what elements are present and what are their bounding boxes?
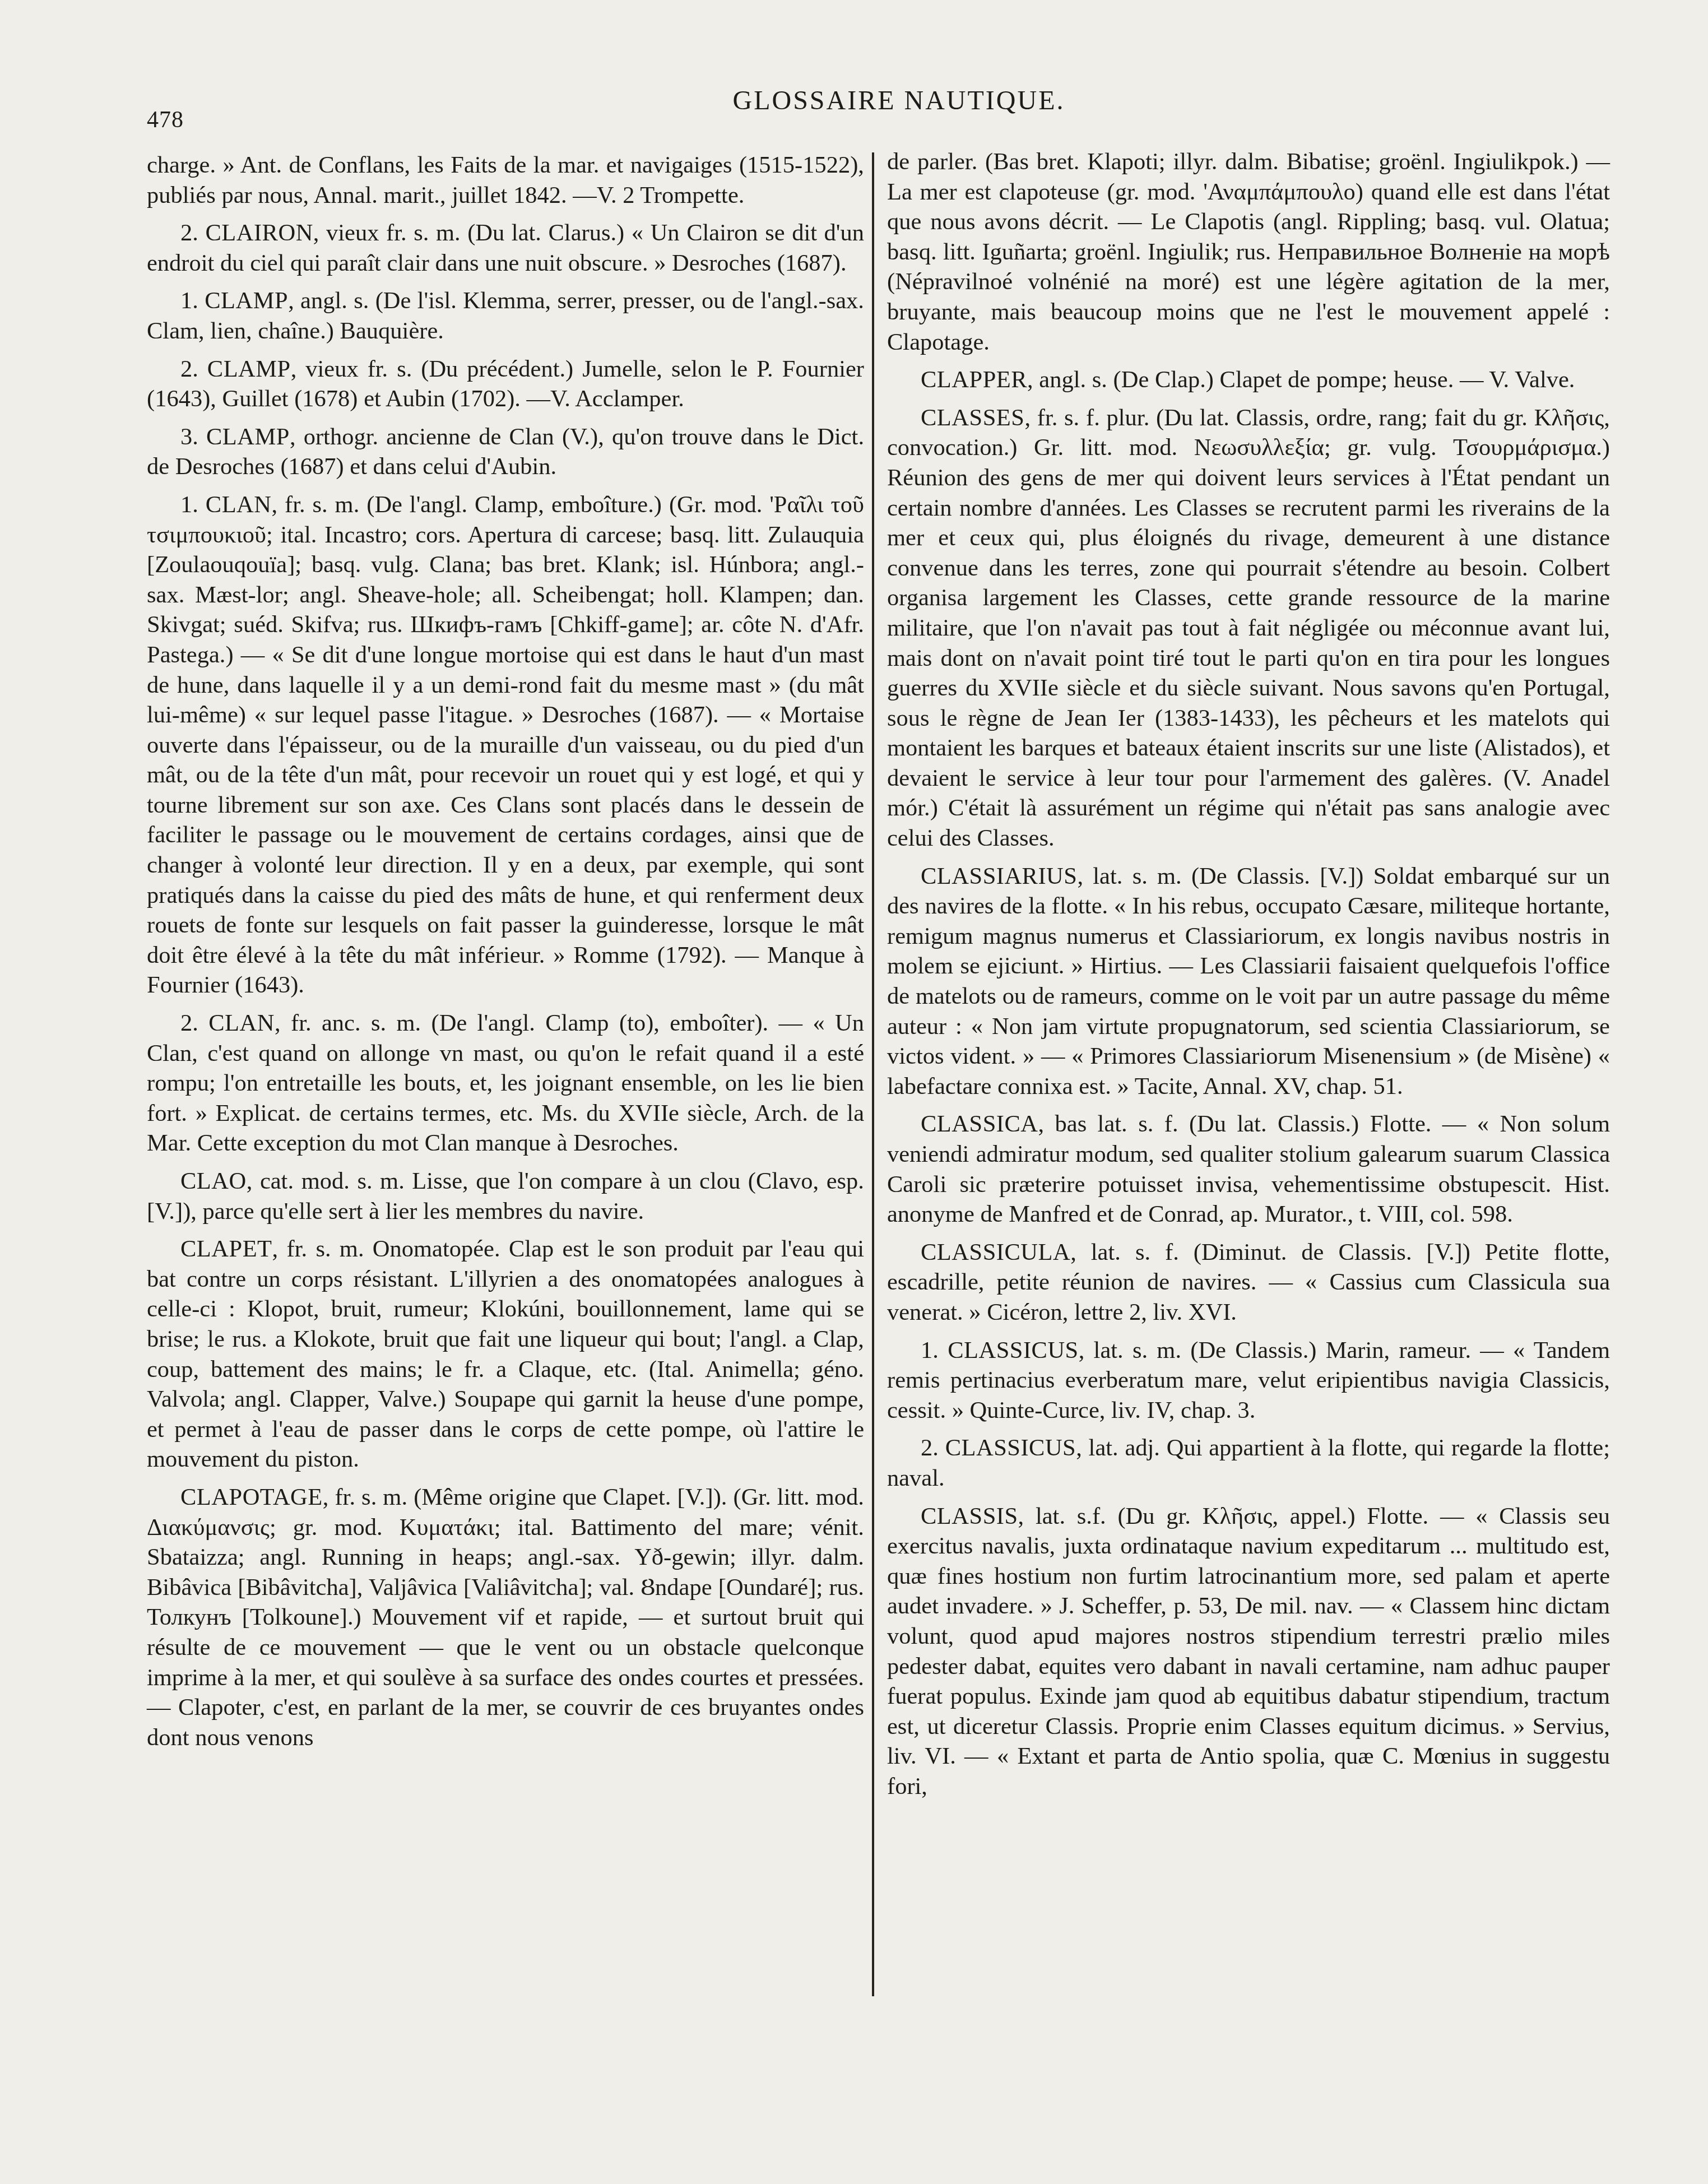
- entry-headword: CLASSICUS: [948, 1337, 1079, 1364]
- entry-headword: CLASSES: [921, 405, 1024, 431]
- entry-clamp-1: 1. CLAMP, angl. s. (De l'isl. Klemma, se…: [147, 286, 864, 346]
- entry-headword: CLAN: [206, 491, 272, 518]
- entry-headword: CLASSIARIUS: [921, 863, 1077, 889]
- running-head: GLOSSAIRE NAUTIQUE.: [0, 85, 1708, 116]
- entry-clao: CLAO, cat. mod. s. m. Lisse, que l'on co…: [147, 1166, 864, 1226]
- entry-clairon-2: 2. CLAIRON, vieux fr. s. m. (Du lat. Cla…: [147, 218, 864, 278]
- left-column: charge. » Ant. de Conflans, les Faits de…: [147, 150, 864, 1760]
- entry-classes: CLASSES, fr. s. f. plur. (Du lat. Classi…: [887, 403, 1610, 854]
- entry-classis: CLASSIS, lat. s.f. (Du gr. Κλῆσις, appel…: [887, 1501, 1610, 1802]
- entry-text: , cat. mod. s. m. Lisse, que l'on compar…: [147, 1168, 864, 1225]
- entry-text: , angl. s. (De Clap.) Clapet de pompe; h…: [1027, 367, 1575, 393]
- entry-text: , fr. s. m. Onomatopée. Clap est le son …: [147, 1236, 864, 1472]
- entry-text: , lat. s.f. (Du gr. Κλῆσις, appel.) Flot…: [887, 1503, 1610, 1800]
- entry-headword: CLASSICUS: [945, 1435, 1076, 1461]
- entry-number: 3.: [180, 424, 198, 450]
- entry-classica: CLASSICA, bas lat. s. f. (Du lat. Classi…: [887, 1109, 1610, 1229]
- entry-text: , lat. s. m. (De Classis. [V.]) Soldat e…: [887, 863, 1610, 1100]
- column-divider-rule: [872, 152, 874, 1996]
- entry-headword: CLASSICA: [921, 1111, 1038, 1137]
- entry-number: 1.: [180, 491, 198, 518]
- entry-headword: CLAPOTAGE: [180, 1484, 323, 1510]
- entry-number: 2.: [180, 356, 198, 382]
- entry-classicus-2: 2. CLASSICUS, lat. adj. Qui appartient à…: [887, 1433, 1610, 1493]
- entry-headword: CLASSICULA: [921, 1239, 1070, 1265]
- entry-number: 2.: [921, 1435, 939, 1461]
- entry-clamp-2: 2. CLAMP, vieux fr. s. (Du précédent.) J…: [147, 354, 864, 414]
- entry-text: de parler. (Bas bret. Klapoti; illyr. da…: [887, 149, 1610, 355]
- entry-text: , fr. s. m. (Même origine que Clapet. [V…: [147, 1484, 864, 1751]
- entry-classiarius: CLASSIARIUS, lat. s. m. (De Classis. [V.…: [887, 861, 1610, 1102]
- entry-clamp-3: 3. CLAMP, orthogr. ancienne de Clan (V.)…: [147, 422, 864, 482]
- entry-classicus-1: 1. CLASSICUS, lat. s. m. (De Classis.) M…: [887, 1336, 1610, 1426]
- entry-number: 1.: [180, 288, 198, 314]
- entry-headword: CLAIRON: [205, 220, 313, 246]
- entry-headword: CLAO: [180, 1168, 247, 1194]
- entry-headword: CLAPET: [180, 1236, 272, 1262]
- right-column: de parler. (Bas bret. Klapoti; illyr. da…: [887, 147, 1610, 1809]
- entry-clapet: CLAPET, fr. s. m. Onomatopée. Clap est l…: [147, 1234, 864, 1474]
- entry-classicula: CLASSICULA, lat. s. f. (Diminut. de Clas…: [887, 1237, 1610, 1328]
- entry-text: charge. » Ant. de Conflans, les Faits de…: [147, 152, 864, 208]
- entry-clapper: CLAPPER, angl. s. (De Clap.) Clapet de p…: [887, 365, 1610, 395]
- entry-headword: CLAN: [208, 1010, 275, 1036]
- entry-clan-2: 2. CLAN, fr. anc. s. m. (De l'angl. Clam…: [147, 1008, 864, 1158]
- entry-number: 1.: [921, 1337, 939, 1364]
- entry-text: , fr. s. f. plur. (Du lat. Classis, ordr…: [887, 405, 1610, 851]
- entry-clapotage: CLAPOTAGE, fr. s. m. (Même origine que C…: [147, 1482, 864, 1752]
- entry-headword: CLAMP: [207, 356, 291, 382]
- entry-headword: CLAMP: [205, 288, 288, 314]
- entry-number: 2.: [180, 1010, 198, 1036]
- entry-continuation: charge. » Ant. de Conflans, les Faits de…: [147, 150, 864, 210]
- entry-clan-1: 1. CLAN, fr. s. m. (De l'angl. Clamp, em…: [147, 490, 864, 1000]
- entry-number: 2.: [180, 220, 198, 246]
- entry-text: , fr. s. m. (De l'angl. Clamp, emboîture…: [147, 491, 864, 999]
- entry-continuation: de parler. (Bas bret. Klapoti; illyr. da…: [887, 147, 1610, 357]
- entry-headword: CLAMP: [206, 424, 290, 450]
- entry-headword: CLAPPER: [921, 367, 1027, 393]
- entry-headword: CLASSIS: [921, 1503, 1018, 1529]
